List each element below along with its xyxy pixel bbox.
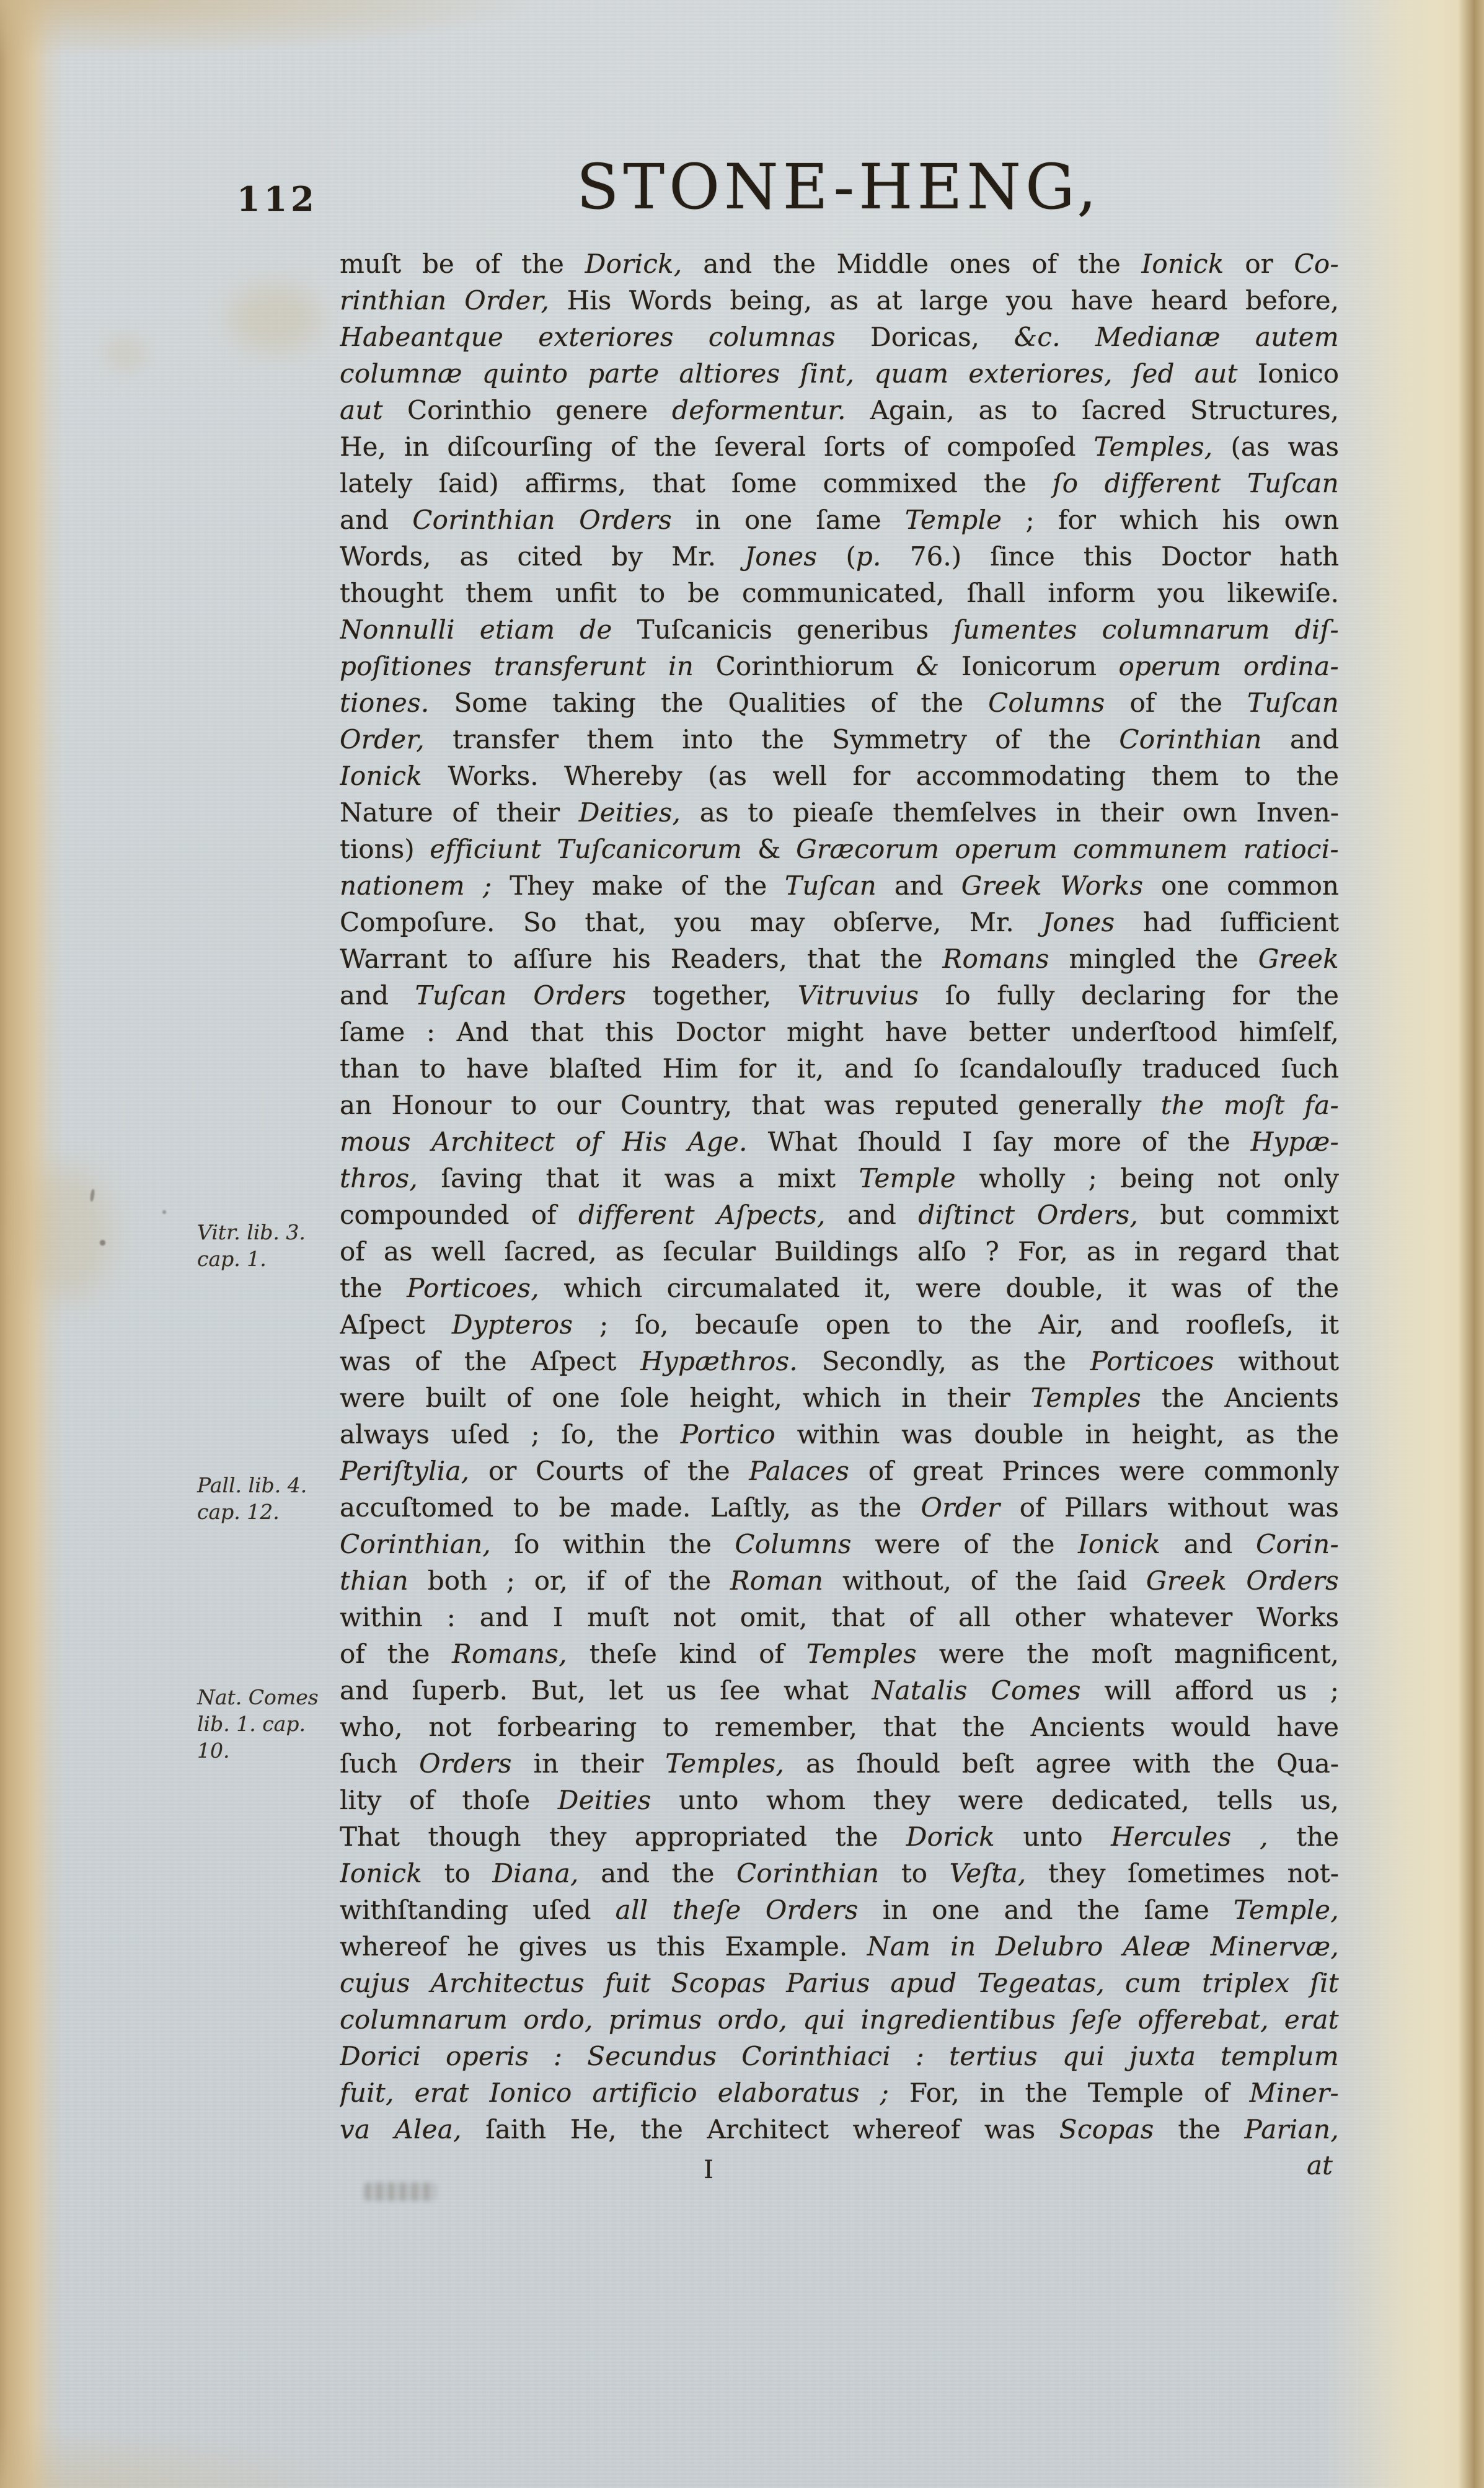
body-line: and Corinthian Orders in one ſame Temple… [340,502,1339,538]
page-number: 112 [237,182,318,216]
body-line: Aſpect Dypteros ; ſo, becauſe open to th… [340,1306,1339,1343]
ink-smudge [364,2182,436,2201]
body-line: Periſtylia, or Courts of the Palaces of … [340,1453,1339,1489]
top-page-edge [0,0,868,68]
paper-stain [228,284,321,352]
left-page-edge [0,0,64,2488]
body-line: were built of one ſole height, which in … [340,1379,1339,1416]
body-line: Dorici operis : Secundus Corinthiaci : t… [340,2038,1339,2074]
body-line: cujus Architectus fuit Scopas Parius apu… [340,1965,1339,2001]
body-line: of as well ſacred, as ſecular Buildings … [340,1233,1339,1270]
body-line: poſitiones transferunt in Corinthiorum &… [340,648,1339,684]
margin-note-vitruvius: Vitr. lib. 3.cap. 1. [197,1219,341,1272]
body-line: He, in diſcourſing of the ſeveral ſorts … [340,428,1339,465]
margin-note-natalis-comes: Nat. Comeslib. 1. cap. 10. [197,1684,341,1764]
margin-note-line: cap. 12. [197,1499,341,1525]
body-line: whereof he gives us this Example. Nam in… [340,1928,1339,1965]
body-line: of the Romans, theſe kind of Temples wer… [340,1636,1339,1672]
body-line: always uſed ; ſo, the Portico within was… [340,1416,1339,1453]
margin-note-palladio: Pall. lib. 4.cap. 12. [197,1472,341,1525]
body-line: ſame : And that this Doctor might have b… [340,1014,1339,1050]
signature-mark: I [687,2158,730,2182]
body-line: mous Architect of His Age. What ſhould I… [340,1123,1339,1160]
body-line: Nature of their Deities, as to pieaſe th… [340,794,1339,831]
body-line: aut Corinthio genere deformentur. Again,… [340,392,1339,428]
body-line: columnarum ordo, primus ordo, qui ingred… [340,2001,1339,2038]
body-line: Corinthian, ſo within the Columns were o… [340,1526,1339,1562]
body-line: than to have blaſted Him for it, and ſo … [340,1050,1339,1087]
margin-note-line: cap. 1. [197,1246,341,1272]
body-line: Compoſure. So that, you may obſerve, Mr.… [340,904,1339,941]
body-line: Order, transfer them into the Symmetry o… [340,721,1339,758]
body-line: thian both ; or, if of the Roman without… [340,1562,1339,1599]
ink-speck [100,1240,105,1246]
body-line: nationem ; They make of the Tuſcan and G… [340,867,1339,904]
body-line: an Honour to our Country, that was reput… [340,1087,1339,1123]
body-line: That though they appropriated the Dorick… [340,1818,1339,1855]
body-line: and ſuperb. But, let us ſee what Natalis… [340,1672,1339,1709]
body-line: and Tuſcan Orders together, Vitruvius ſo… [340,977,1339,1014]
paper-stain [104,335,148,372]
body-line: within : and I muſt not omit, that of al… [340,1599,1339,1636]
margin-note-line: Nat. Comes [197,1684,341,1711]
ink-speck [162,1210,166,1214]
body-line: Nonnulli etiam de Tuſcanicis generibus ſ… [340,611,1339,648]
margin-note-line: lib. 1. cap. 10. [197,1711,341,1764]
bottom-page-edge [0,2414,558,2488]
body-line: lately ſaid) affirms, that ſome commixed… [340,465,1339,502]
body-line: compounded of different Aſpects, and diſ… [340,1197,1339,1233]
body-line: withſtanding uſed all theſe Orders in on… [340,1892,1339,1928]
body-line: accuſtomed to be made. Laſtly, as the Or… [340,1489,1339,1526]
body-line: ſuch Orders in their Temples, as ſhould … [340,1745,1339,1782]
body-line: columnæ quinto parte altiores ſint, quam… [340,355,1339,392]
body-line: thought them unfit to be communicated, ſ… [340,575,1339,611]
body-line: va Alea, ſaith He, the Architect whereof… [340,2111,1339,2148]
body-line: muſt be of the Dorick, and the Middle on… [340,246,1339,282]
margin-note-line: Vitr. lib. 3. [197,1219,341,1246]
body-line: thros, ſaving that it was a mixt Temple … [340,1160,1339,1197]
body-line: tions) efficiunt Tuſcanicorum & Græcorum… [340,831,1339,867]
body-line: rinthian Order, His Words being, as at l… [340,282,1339,319]
body-line: Habeantque exteriores columnas Doricas, … [340,319,1339,355]
body-line: tiones. Some taking the Qualities of the… [340,684,1339,721]
body-line: lity of thoſe Deities unto whom they wer… [340,1782,1339,1818]
body-line: Ionick Works. Whereby (as well for accom… [340,758,1339,794]
body-line: was of the Aſpect Hypæthros. Secondly, a… [340,1343,1339,1379]
body-line: the Porticoes, which circumalated it, we… [340,1270,1339,1306]
body-line: fuit, erat Ionico artificio elaboratus ;… [340,2074,1339,2111]
body-line: Ionick to Diana, and the Corinthian to V… [340,1855,1339,1892]
margin-note-line: Pall. lib. 4. [197,1472,341,1499]
body-line: Words, as cited by Mr. Jones (p. 76.) ſi… [340,538,1339,575]
ink-speck [90,1189,95,1202]
body-line: who, not forbearing to remember, that th… [340,1709,1339,1745]
scanned-book-page: 112 STONE-HENG, muſt be of the Dorick, a… [0,0,1484,2488]
catchword: at [1307,2153,1333,2179]
right-facing-leaf-edge [1320,0,1484,2488]
running-title: STONE-HENG, [340,156,1338,218]
body-text: muſt be of the Dorick, and the Middle on… [340,246,1339,2148]
body-line: Warrant to aſſure his Readers, that the … [340,941,1339,977]
